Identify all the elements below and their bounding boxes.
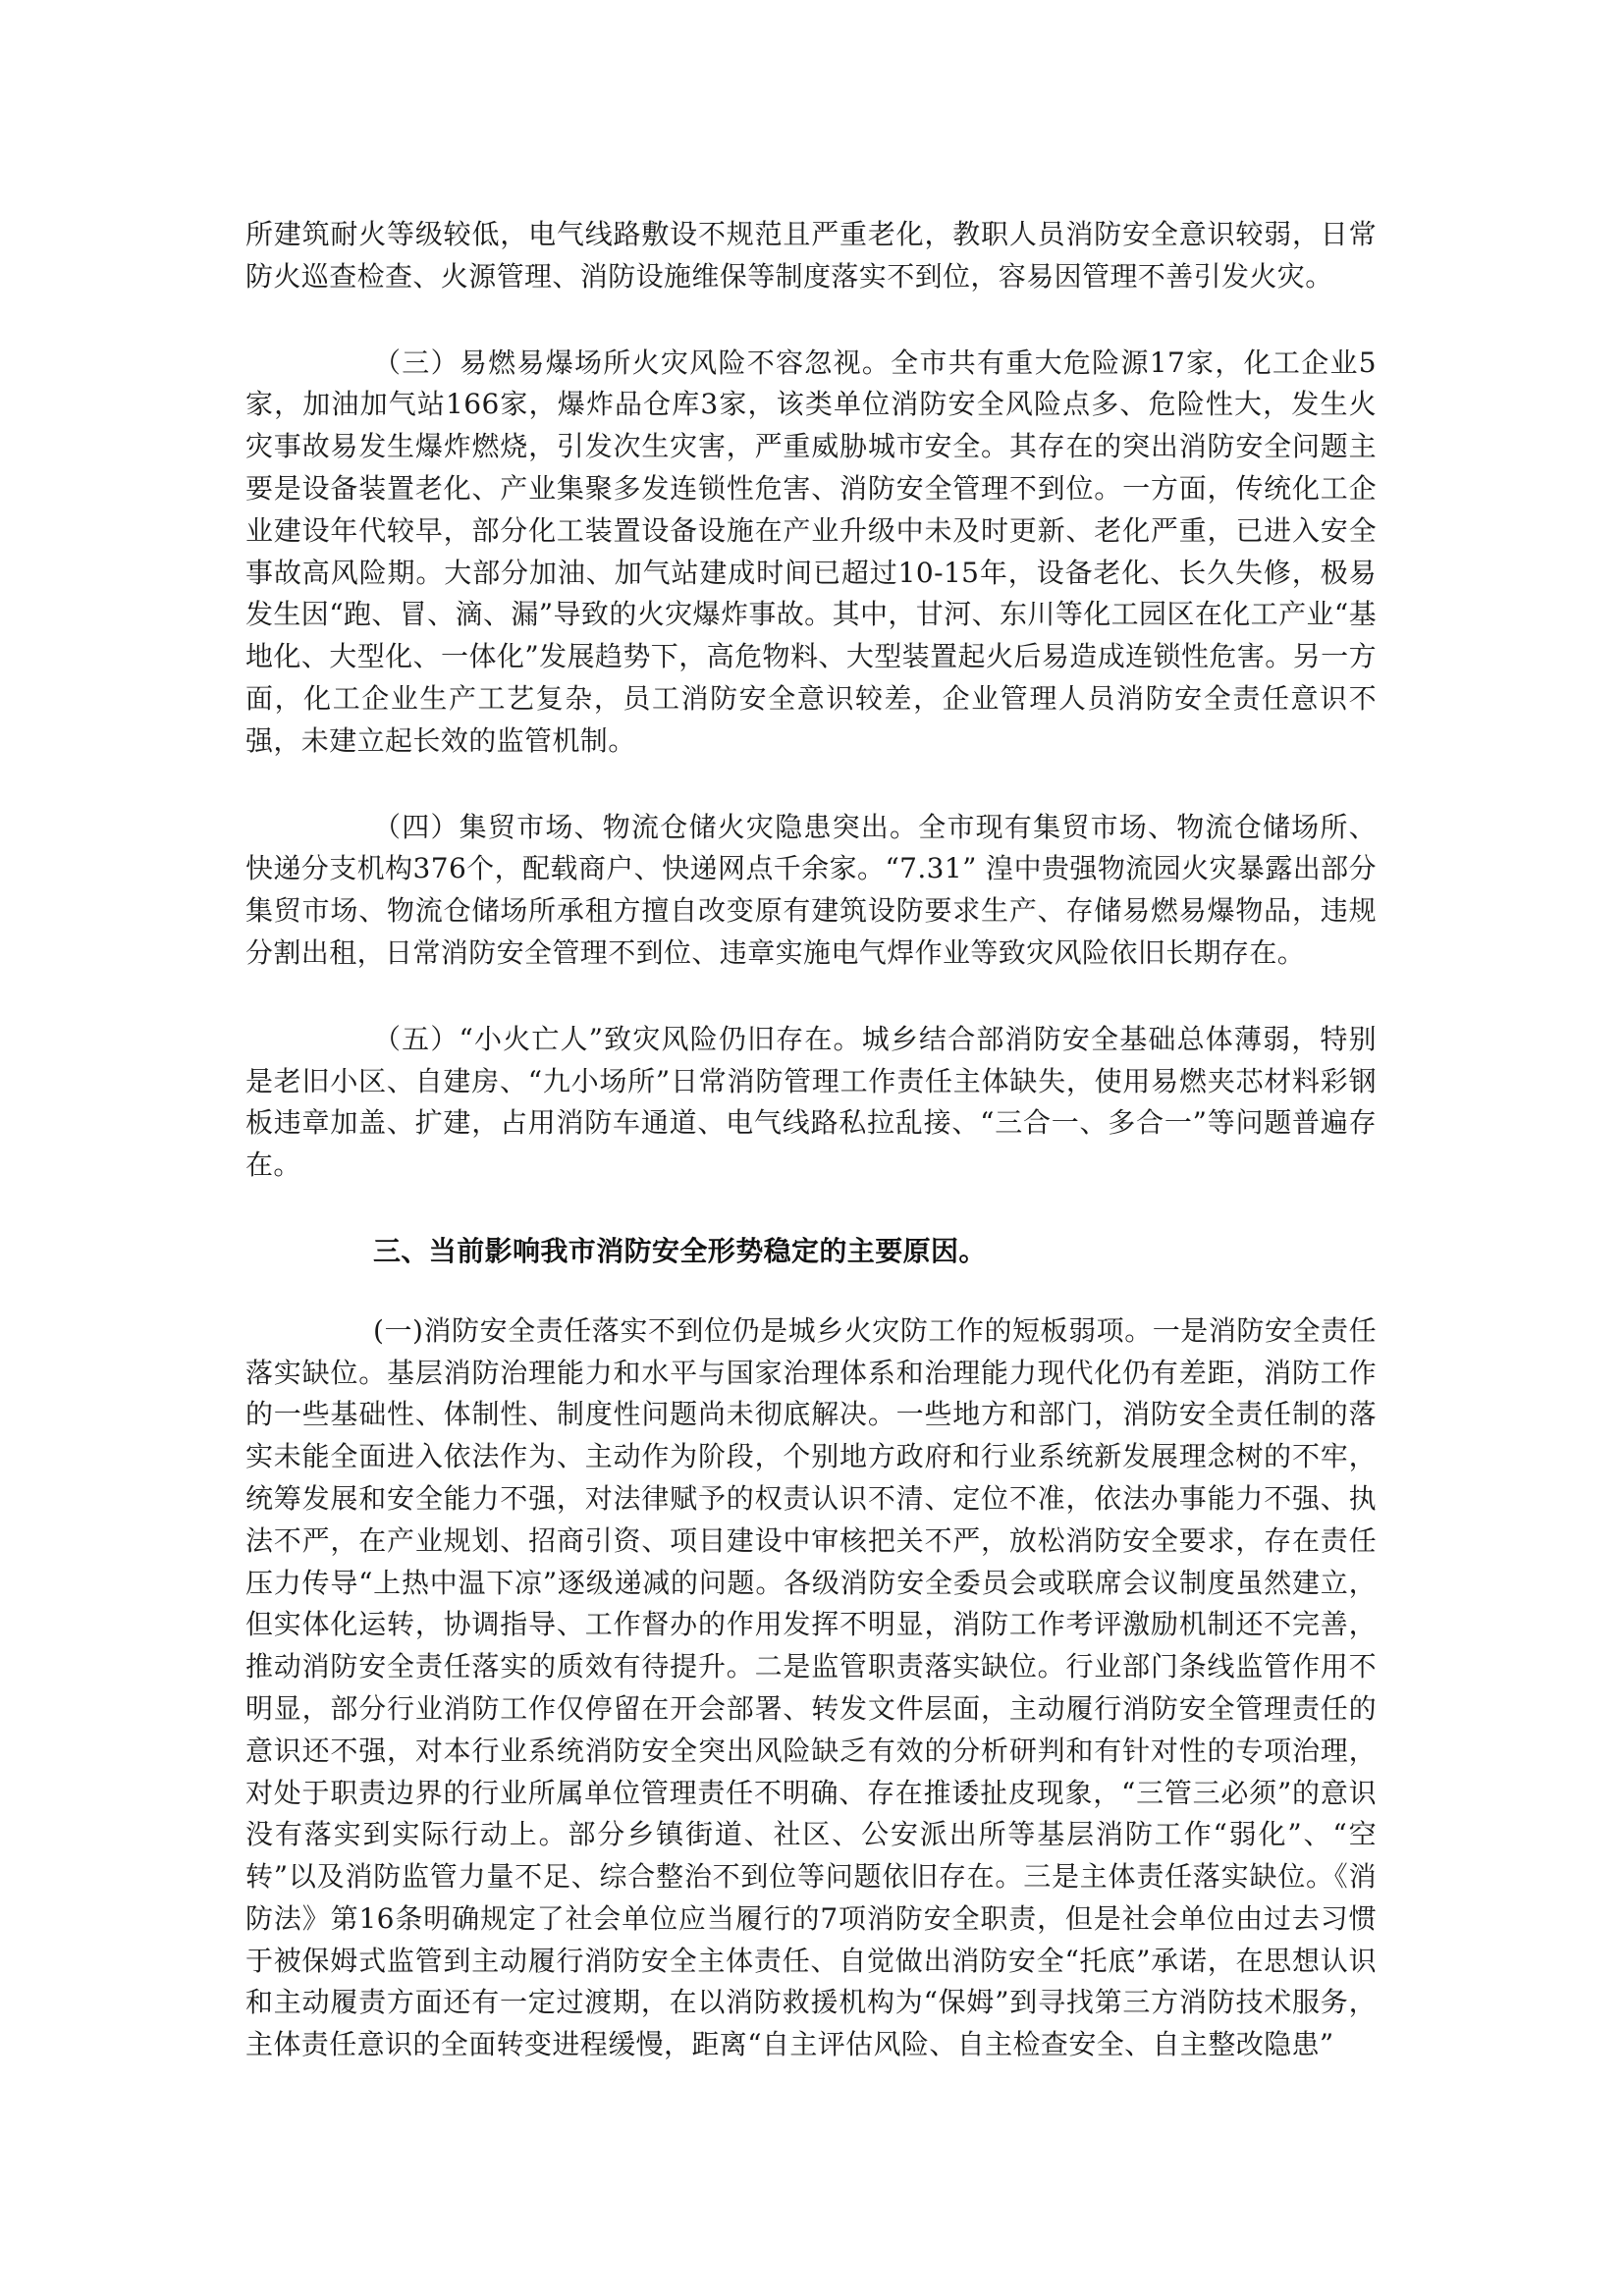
section-heading: 三、当前影响我市消防安全形势稳定的主要原因。 xyxy=(245,1231,1377,1273)
paragraph-flammable-explosive-sites: （三）易燃易爆场所火灾风险不容忽视。全市共有重大危险源17家，化工企业5家，加油… xyxy=(245,343,1377,763)
paragraph-small-fires: （五）“小火亡人”致灾风险仍旧存在。城乡结合部消防安全基础总体薄弱，特别是老旧小… xyxy=(245,1019,1377,1187)
paragraph-responsibility: (一)消防安全责任落实不到位仍是城乡火灾防工作的短板弱项。一是消防安全责任落实缺… xyxy=(245,1310,1377,2066)
document-page: 所建筑耐火等级较低，电气线路敷设不规范且严重老化，教职人员消防安全意识较弱，日常… xyxy=(245,214,1377,2110)
paragraph-markets-logistics: （四）集贸市场、物流仓储火灾隐患突出。全市现有集贸市场、物流仓储场所、快递分支机… xyxy=(245,807,1377,975)
paragraph-continuation: 所建筑耐火等级较低，电气线路敷设不规范且严重老化，教职人员消防安全意识较弱，日常… xyxy=(245,214,1377,298)
